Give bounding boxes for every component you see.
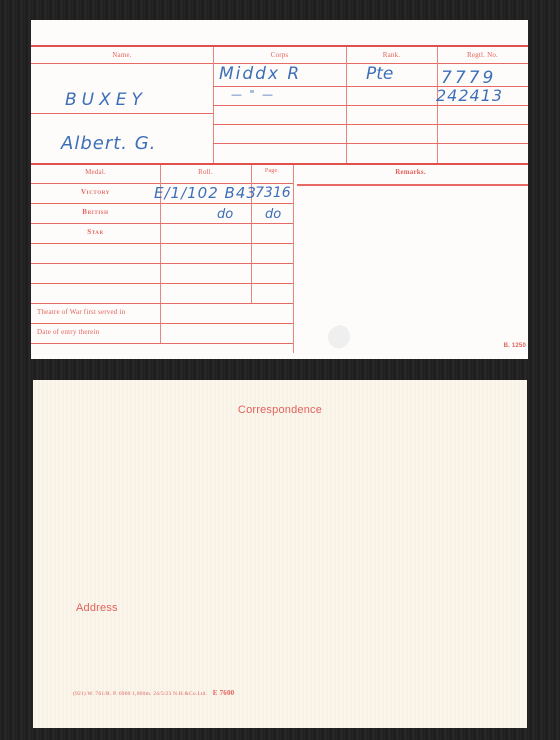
header-medal: Medal. bbox=[31, 168, 160, 176]
page-british: do bbox=[265, 207, 281, 222]
header-page: Page. bbox=[251, 168, 293, 174]
rule-row bbox=[31, 323, 293, 324]
rule-row bbox=[31, 223, 293, 224]
forenames: Albert. G. bbox=[61, 133, 156, 154]
rank-value: Pte bbox=[366, 64, 393, 84]
rule-name-split bbox=[31, 113, 213, 114]
roll-british: do bbox=[217, 207, 233, 222]
rule-row bbox=[213, 143, 528, 144]
divider bbox=[293, 165, 294, 353]
regtl-no-2: 242413 bbox=[436, 86, 503, 105]
header-roll: Roll. bbox=[160, 168, 251, 176]
rule-top bbox=[31, 45, 528, 47]
medal-index-card-front: Name. Corps Rank. Regtl. No. BUXEY Alber… bbox=[31, 20, 528, 359]
stamp-mark bbox=[324, 322, 353, 351]
rule-section bbox=[31, 163, 528, 165]
header-name: Name. bbox=[31, 51, 213, 59]
medal-victory-label: Victory bbox=[31, 188, 160, 196]
form-number: B. 1250 bbox=[481, 343, 526, 349]
medal-index-card-back: Correspondence Address (921) W. 761/R. P… bbox=[33, 380, 527, 728]
regtl-no-1: 7779 bbox=[441, 68, 496, 88]
header-remarks: Remarks. bbox=[293, 168, 528, 176]
printer-line: (921) W. 761/R. P. 6960 1,000m. 24/5/23 … bbox=[73, 689, 234, 697]
medal-british-label: British bbox=[31, 208, 160, 216]
printer-code: E 7600 bbox=[213, 689, 235, 697]
theatre-label: Theatre of War first served in bbox=[37, 308, 161, 316]
corps-ditto: — " — bbox=[231, 88, 275, 101]
rule-row bbox=[31, 203, 293, 204]
corps-value: Middx R bbox=[219, 64, 301, 84]
address-label: Address bbox=[76, 602, 118, 614]
rule-row bbox=[31, 283, 293, 284]
header-rank: Rank. bbox=[346, 51, 437, 59]
surname: BUXEY bbox=[65, 90, 147, 110]
rule-row bbox=[213, 124, 528, 125]
rule-remarks-header bbox=[297, 184, 528, 186]
rule-row bbox=[31, 343, 293, 344]
correspondence-title: Correspondence bbox=[33, 404, 527, 416]
header-corps: Corps bbox=[213, 51, 346, 59]
medal-star-label: Star bbox=[31, 228, 160, 236]
printer-details: (921) W. 761/R. P. 6960 1,000m. 24/5/23 … bbox=[73, 691, 207, 697]
rule-row bbox=[31, 303, 293, 304]
rule-row bbox=[213, 105, 528, 106]
page-victory: 7316 bbox=[255, 185, 291, 201]
rule-row bbox=[31, 263, 293, 264]
rule-row bbox=[31, 243, 293, 244]
date-entry-label: Date of entry therein bbox=[37, 328, 161, 336]
header-regtl-no: Regtl. No. bbox=[437, 51, 528, 59]
roll-victory: E/1/102 B43 bbox=[154, 184, 257, 202]
